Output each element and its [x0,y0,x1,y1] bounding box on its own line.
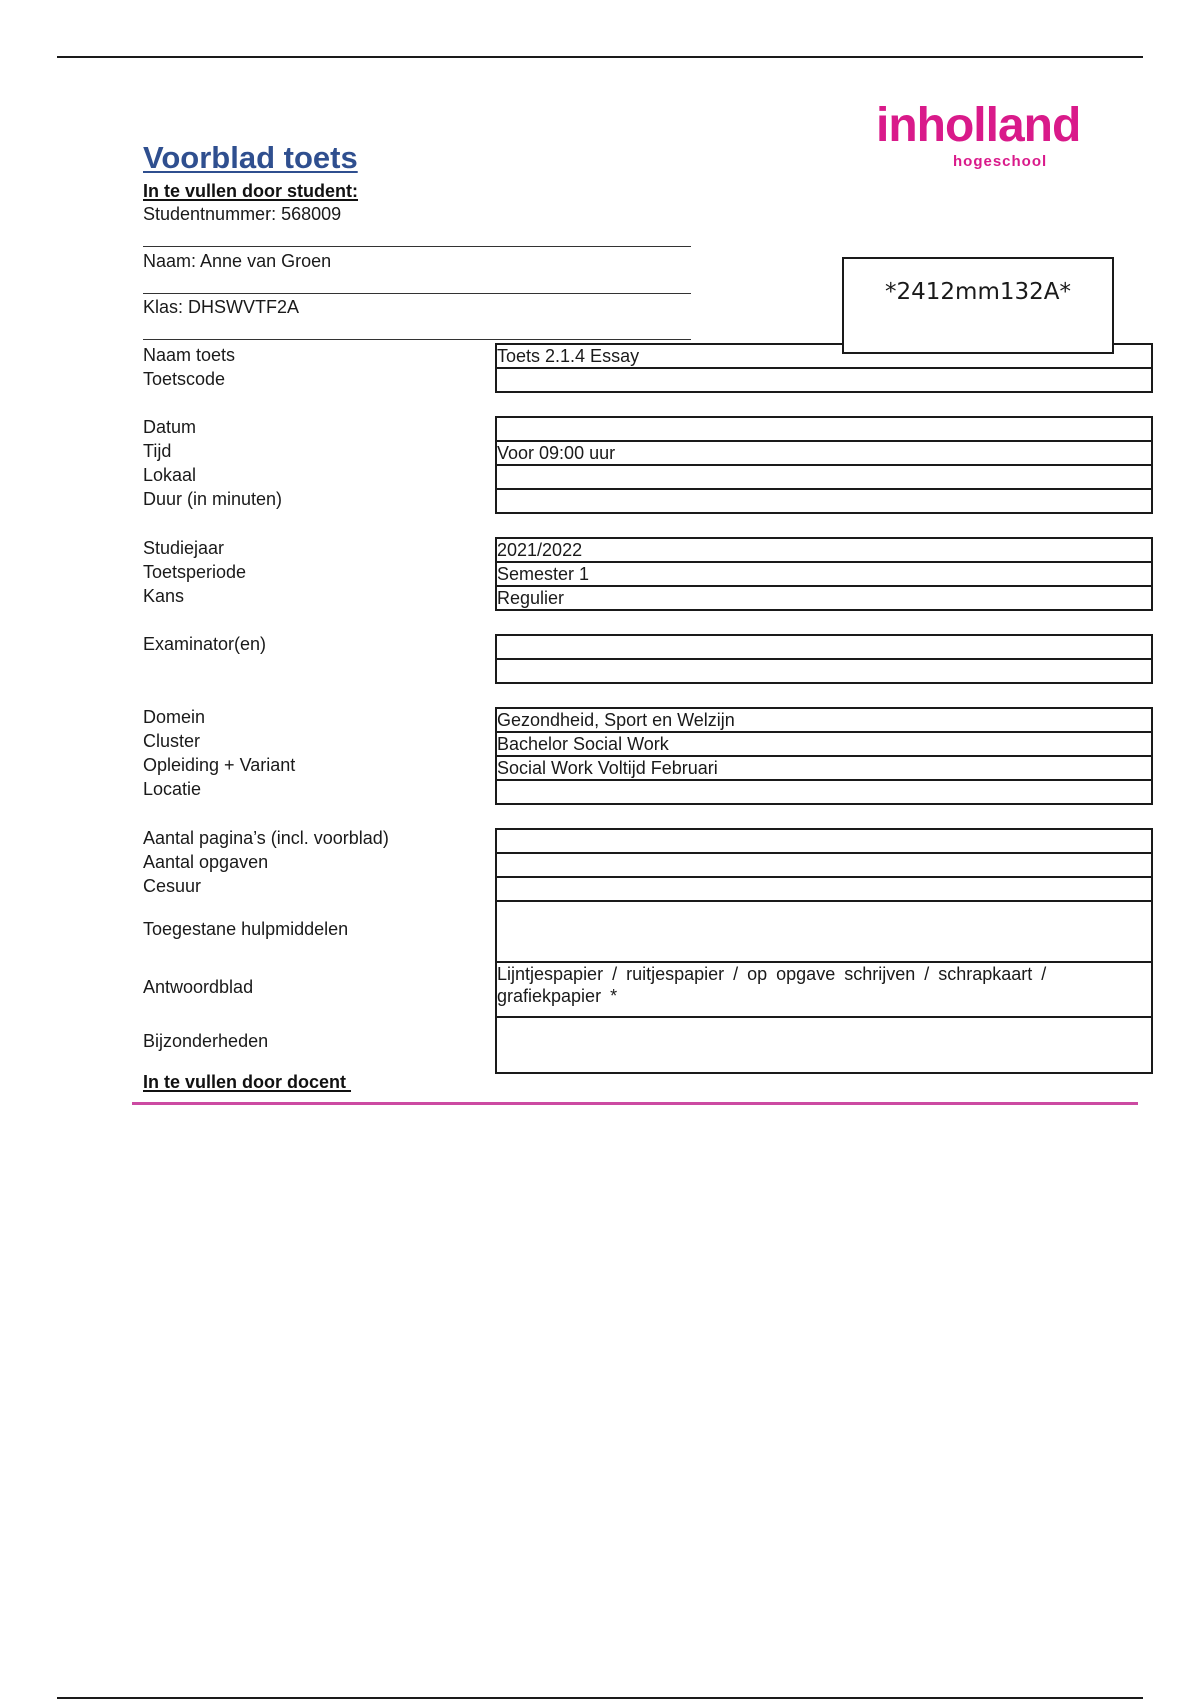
field-bijzonderheden[interactable] [497,1018,1151,1072]
logo-subtitle: hogeschool [953,153,1047,170]
label-bijzonderheden: Bijzonderheden [143,1029,268,1053]
field-toetscode[interactable] [497,369,1151,391]
field-cluster[interactable]: Bachelor Social Work [497,733,1151,757]
student-class-line [143,339,691,340]
label-aantal-paginas: Aantal pagina’s (incl. voorblad) [143,826,389,850]
field-antwoordblad[interactable]: Lijntjespapier / ruitjespapier / op opga… [497,963,1151,1018]
field-lokaal[interactable] [497,466,1151,490]
field-locatie[interactable] [497,781,1151,803]
label-examinatoren: Examinator(en) [143,632,266,656]
box-planning: Voor 09:00 uur [495,416,1153,514]
student-class-field: Klas: DHSWVTF2A [143,297,299,318]
box-opleiding: Gezondheid, Sport en Welzijn Bachelor So… [495,707,1153,805]
section-divider [132,1102,1138,1105]
label-opleiding: Opleiding + Variant [143,753,295,777]
inholland-logo: inholland hogeschool [876,100,1106,175]
docent-section-heading: In te vullen door docent [143,1072,351,1093]
field-tijd[interactable]: Voor 09:00 uur [497,442,1151,466]
label-lokaal: Lokaal [143,463,196,487]
label-antwoordblad: Antwoordblad [143,975,253,999]
box-periode: 2021/2022 Semester 1 Regulier [495,537,1153,611]
footer-rule [57,1697,1143,1699]
field-cesuur[interactable] [497,878,1151,902]
field-domein[interactable]: Gezondheid, Sport en Welzijn [497,709,1151,733]
label-aantal-opgaven: Aantal opgaven [143,850,268,874]
box-examinatoren [495,634,1153,684]
student-name-field: Naam: Anne van Groen [143,251,331,272]
label-cluster: Cluster [143,729,200,753]
logo-wordmark: inholland [876,100,1080,152]
label-kans: Kans [143,584,184,608]
field-duur[interactable] [497,490,1151,512]
label-studiejaar: Studiejaar [143,536,224,560]
header-rule [57,56,1143,58]
label-duur: Duur (in minuten) [143,487,282,511]
field-aantal-paginas[interactable] [497,830,1151,854]
field-opleiding[interactable]: Social Work Voltijd Februari [497,757,1151,781]
page-title: Voorblad toets [143,140,358,176]
label-toetsperiode: Toetsperiode [143,560,246,584]
student-name-line [143,293,691,294]
student-number-line [143,246,691,247]
box-details: Lijntjespapier / ruitjespapier / op opga… [495,828,1153,1074]
field-hulpmiddelen[interactable] [497,902,1151,963]
label-hulpmiddelen: Toegestane hulpmiddelen [143,917,348,941]
field-toetsperiode[interactable]: Semester 1 [497,563,1151,587]
label-naam-toets: Naam toets [143,343,235,367]
label-domein: Domein [143,705,205,729]
field-examinator-2[interactable] [497,660,1151,682]
field-datum[interactable] [497,418,1151,442]
label-cesuur: Cesuur [143,874,201,898]
label-tijd: Tijd [143,439,171,463]
field-kans[interactable]: Regulier [497,587,1151,609]
student-number-field: Studentnummer: 568009 [143,204,341,225]
field-examinator-1[interactable] [497,636,1151,660]
label-locatie: Locatie [143,777,201,801]
field-aantal-opgaven[interactable] [497,854,1151,878]
label-datum: Datum [143,415,196,439]
barcode-box: *2412mm132A* [842,257,1114,354]
label-toetscode: Toetscode [143,367,225,391]
barcode-text: *2412mm132A* [844,279,1112,305]
student-section-heading: In te vullen door student: [143,181,358,202]
field-studiejaar[interactable]: 2021/2022 [497,539,1151,563]
